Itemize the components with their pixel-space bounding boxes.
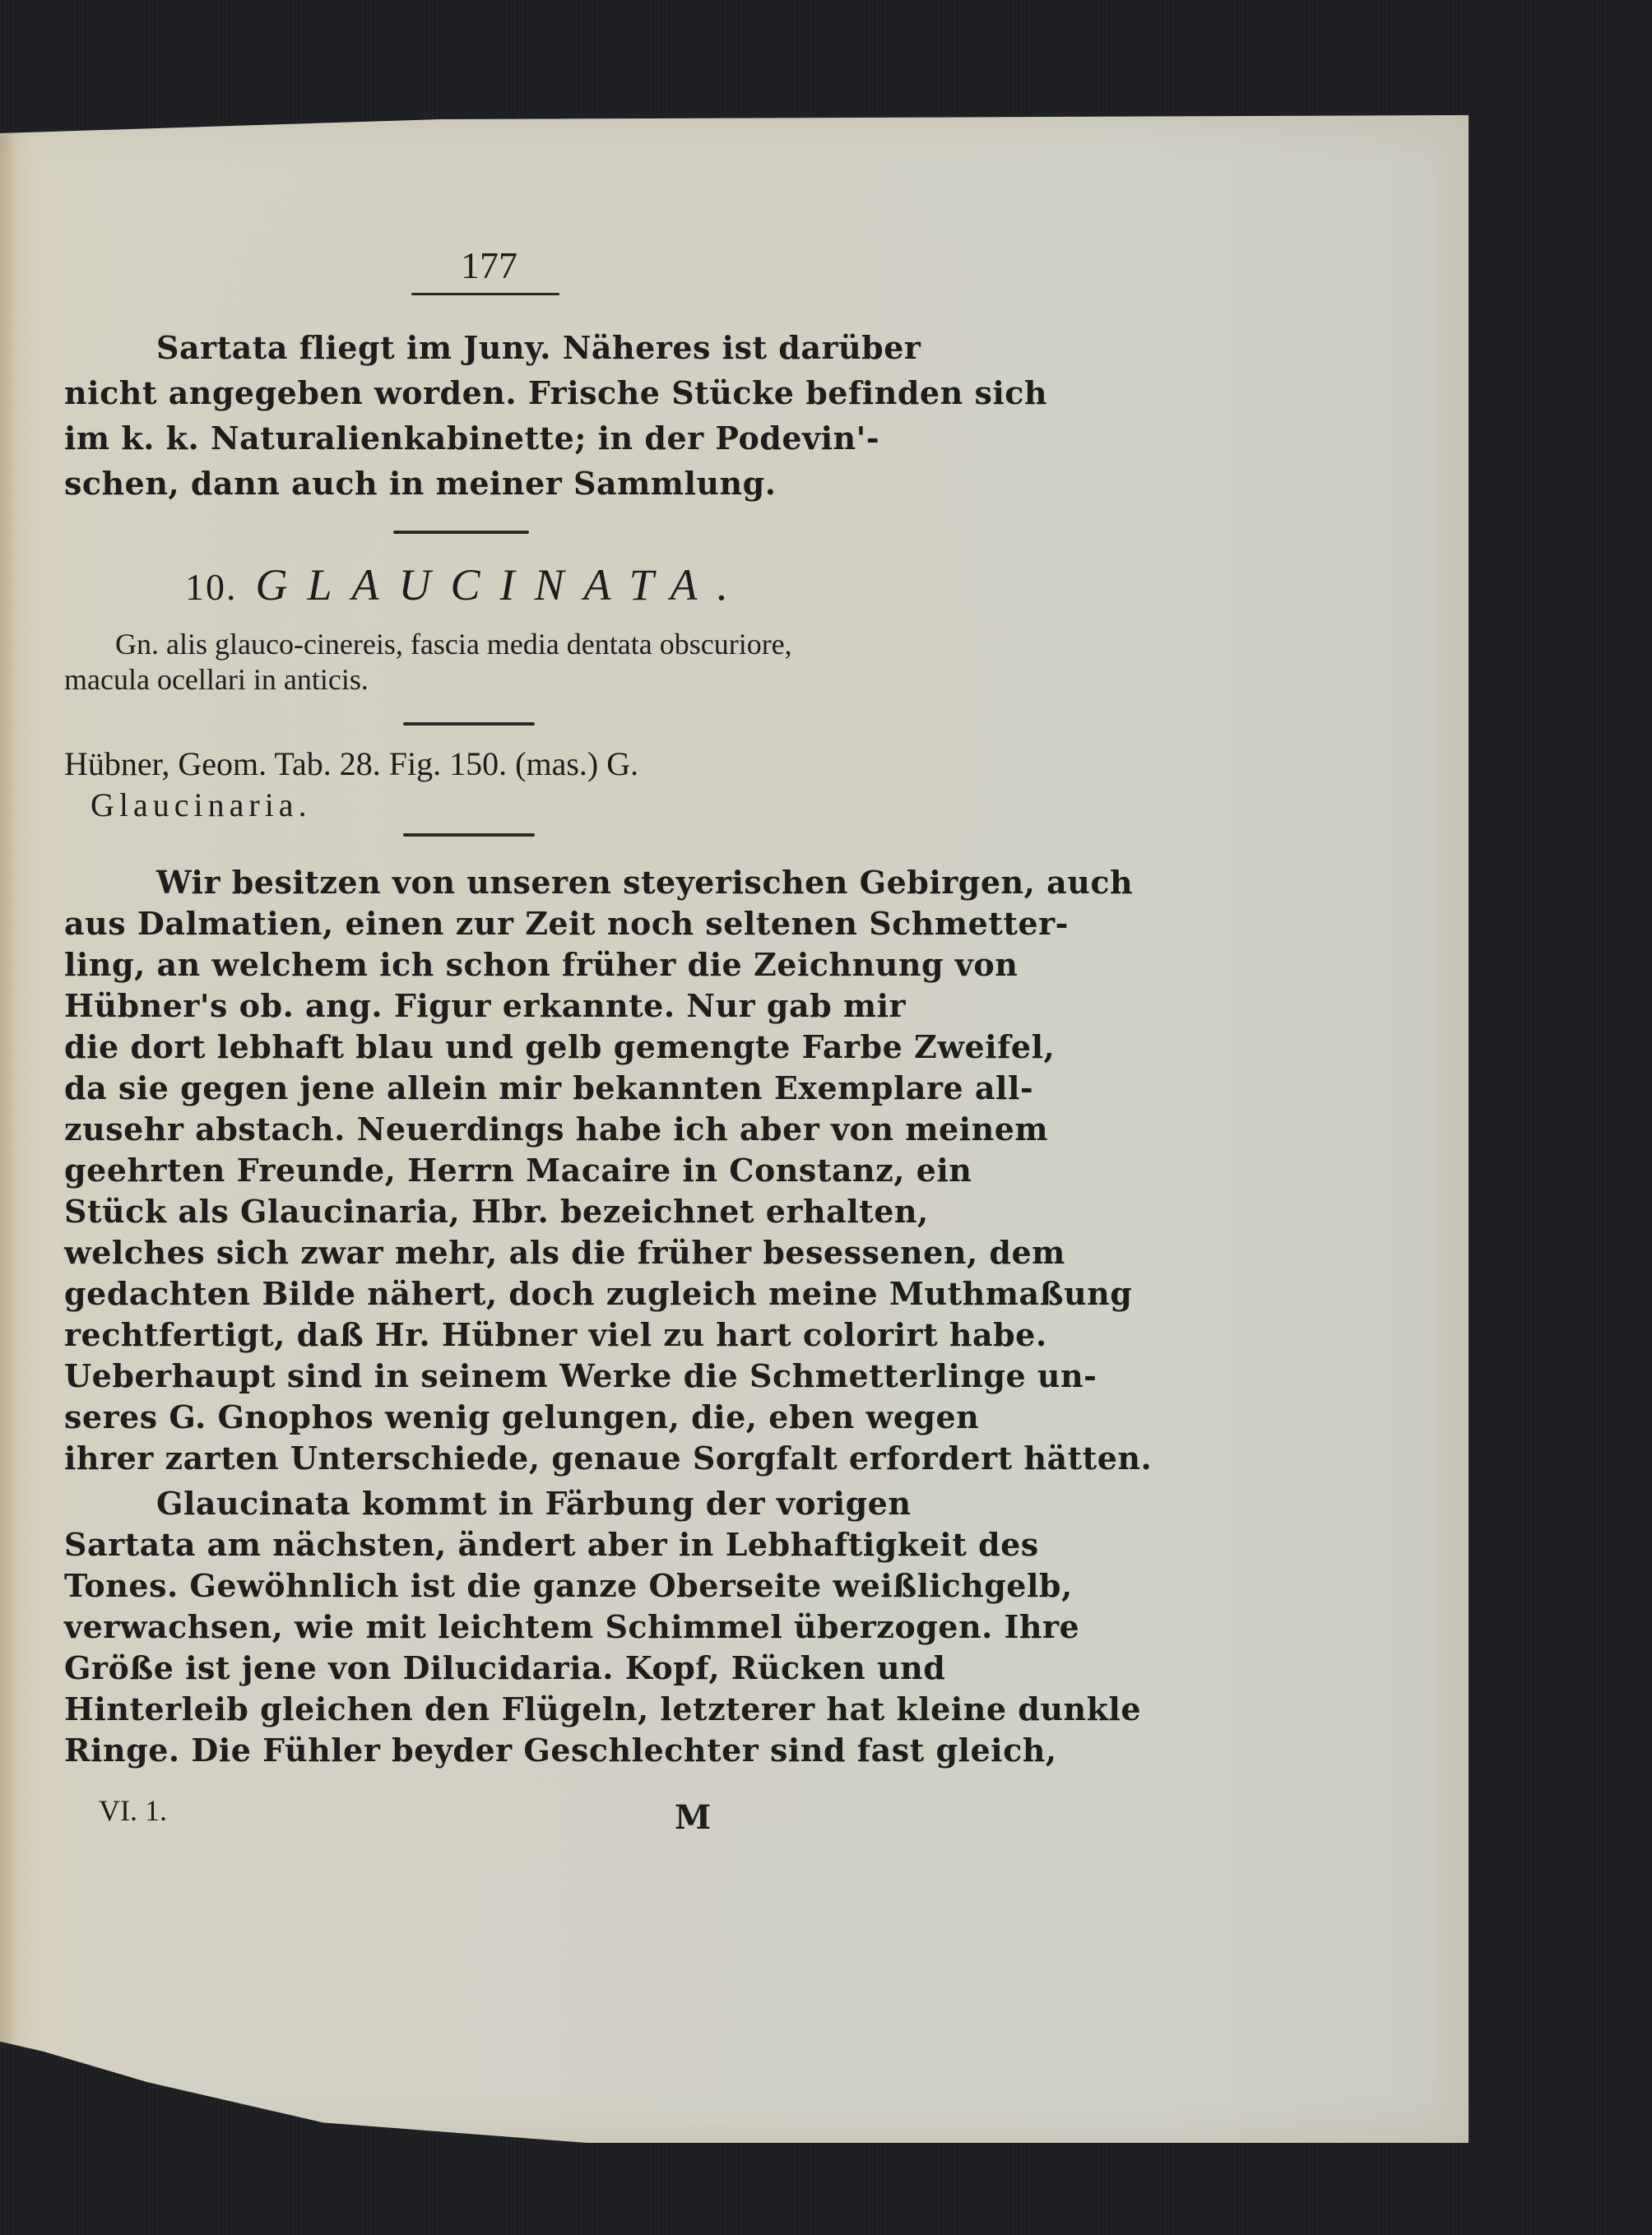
text-line: welches sich zwar mehr, als die früher b… — [64, 1234, 1065, 1271]
text-line: Gn. alis glauco-cinereis, fascia media d… — [115, 627, 792, 661]
species-heading: 10.GLAUCINATA. — [185, 559, 748, 610]
paragraph-3-line: Sartata am nächsten, ändert aber in Lebh… — [64, 1526, 887, 1563]
diagnosis-line: macula ocellari in anticis. — [64, 662, 887, 697]
paragraph-2-line: ling, an welchem ich schon früher die Ze… — [64, 946, 887, 983]
paragraph-3-line: Ringe. Die Fühler beyder Geschlechter si… — [64, 1732, 887, 1769]
text-line: Tones. Gewöhnlich ist die ganze Oberseit… — [64, 1567, 1073, 1604]
paragraph-2-line: seres G. Gnophos wenig gelungen, die, eb… — [64, 1398, 887, 1435]
gathering-mark: M — [675, 1798, 711, 1837]
species-number: 10. — [185, 566, 238, 608]
text-line: da sie gegen jene allein mir bekannten E… — [64, 1069, 1033, 1106]
paragraph-3-line: Hinterleib gleichen den Flügeln, letzter… — [64, 1690, 887, 1727]
paragraph-1-line: schen, dann auch in meiner Sammlung. — [64, 465, 887, 502]
text-line: Ringe. Die Fühler beyder Geschlechter si… — [64, 1732, 1057, 1769]
text-line: Wir besitzen von unseren steyerischen Ge… — [156, 864, 1133, 901]
text-line: Glaucinaria. — [90, 786, 312, 824]
section-rule — [403, 722, 535, 726]
text-line: nicht angegeben worden. Frische Stücke b… — [64, 374, 1047, 411]
volume-signature: VI. 1. — [99, 1793, 167, 1828]
paragraph-1-line: im k. k. Naturalienkabinette; in der Pod… — [64, 420, 887, 457]
paragraph-2-line: Stück als Glaucinaria, Hbr. bezeichnet e… — [64, 1193, 887, 1230]
reference-line: Hübner, Geom. Tab. 28. Fig. 150. (mas.) … — [64, 744, 887, 783]
paragraph-2-line: ihrer zarten Unterschiede, genaue Sorgfa… — [64, 1440, 887, 1477]
text-line: ihrer zarten Unterschiede, genaue Sorgfa… — [64, 1440, 1152, 1477]
paragraph-1-line: nicht angegeben worden. Frische Stücke b… — [64, 374, 887, 411]
paragraph-2-line: zusehr abstach. Neuerdings habe ich aber… — [64, 1111, 887, 1148]
section-rule — [393, 531, 529, 534]
paragraph-3-line: verwachsen, wie mit leichtem Schimmel üb… — [64, 1608, 887, 1645]
reference-line: Glaucinaria. — [90, 786, 913, 824]
paragraph-2-line: geehrten Freunde, Herrn Macaire in Const… — [64, 1152, 887, 1189]
page-number: 177 — [461, 243, 517, 287]
paragraph-3-line: Größe ist jene von Dilucidaria. Kopf, Rü… — [64, 1649, 887, 1686]
text-line: Stück als Glaucinaria, Hbr. bezeichnet e… — [64, 1193, 929, 1230]
text-line: Hübner's ob. ang. Figur erkannte. Nur ga… — [64, 987, 906, 1024]
text-line: geehrten Freunde, Herrn Macaire in Const… — [64, 1152, 972, 1189]
text-line: zusehr abstach. Neuerdings habe ich aber… — [64, 1111, 1048, 1148]
text-line: aus Dalmatien, einen zur Zeit noch selte… — [64, 905, 1069, 942]
paragraph-2-line: die dort lebhaft blau und gelb gemengte … — [64, 1028, 887, 1065]
paragraph-2-line: da sie gegen jene allein mir bekannten E… — [64, 1069, 887, 1106]
paragraph-2-line: rechtfertigt, daß Hr. Hübner viel zu har… — [64, 1316, 887, 1353]
paragraph-2-line: welches sich zwar mehr, als die früher b… — [64, 1234, 887, 1271]
text-line: Ueberhaupt sind in seinem Werke die Schm… — [64, 1357, 1097, 1394]
diagnosis-line: Gn. alis glauco-cinereis, fascia media d… — [115, 627, 887, 661]
paragraph-2-line: gedachten Bilde nähert, doch zugleich me… — [64, 1275, 887, 1312]
text-line: seres G. Gnophos wenig gelungen, die, eb… — [64, 1398, 979, 1435]
section-rule — [403, 833, 535, 837]
paragraph-2-line: Ueberhaupt sind in seinem Werke die Schm… — [64, 1357, 887, 1394]
paragraph-2-line: Wir besitzen von unseren steyerischen Ge… — [156, 864, 887, 901]
page-gutter-shadow — [0, 115, 15, 2143]
paragraph-1-line: Sartata fliegt im Juny. Näheres ist darü… — [156, 329, 887, 366]
text-line: schen, dann auch in meiner Sammlung. — [64, 465, 777, 502]
text-line: Glaucinata kommt in Färbung der vorigen — [156, 1485, 911, 1522]
text-line: macula ocellari in anticis. — [64, 662, 369, 697]
text-line: Größe ist jene von Dilucidaria. Kopf, Rü… — [64, 1649, 945, 1686]
paragraph-2-line: aus Dalmatien, einen zur Zeit noch selte… — [64, 905, 887, 942]
text-line: im k. k. Naturalienkabinette; in der Pod… — [64, 420, 879, 457]
text-line: Sartata fliegt im Juny. Näheres ist darü… — [156, 329, 921, 366]
paragraph-3-line: Tones. Gewöhnlich ist die ganze Oberseit… — [64, 1567, 887, 1604]
text-line: verwachsen, wie mit leichtem Schimmel üb… — [64, 1608, 1079, 1645]
header-rule — [411, 293, 559, 295]
paragraph-3-line: Glaucinata kommt in Färbung der vorigen — [156, 1485, 887, 1522]
text-line: Sartata am nächsten, ändert aber in Lebh… — [64, 1526, 1039, 1563]
text-line: rechtfertigt, daß Hr. Hübner viel zu har… — [64, 1316, 1047, 1353]
text-line: gedachten Bilde nähert, doch zugleich me… — [64, 1275, 1132, 1312]
text-line: ling, an welchem ich schon früher die Ze… — [64, 946, 1018, 983]
species-name: GLAUCINATA. — [256, 560, 749, 610]
text-line: Hübner, Geom. Tab. 28. Fig. 150. (mas.) … — [64, 744, 638, 783]
paragraph-2-line: Hübner's ob. ang. Figur erkannte. Nur ga… — [64, 987, 887, 1024]
text-line: Hinterleib gleichen den Flügeln, letzter… — [64, 1690, 1141, 1727]
text-line: die dort lebhaft blau und gelb gemengte … — [64, 1028, 1055, 1065]
